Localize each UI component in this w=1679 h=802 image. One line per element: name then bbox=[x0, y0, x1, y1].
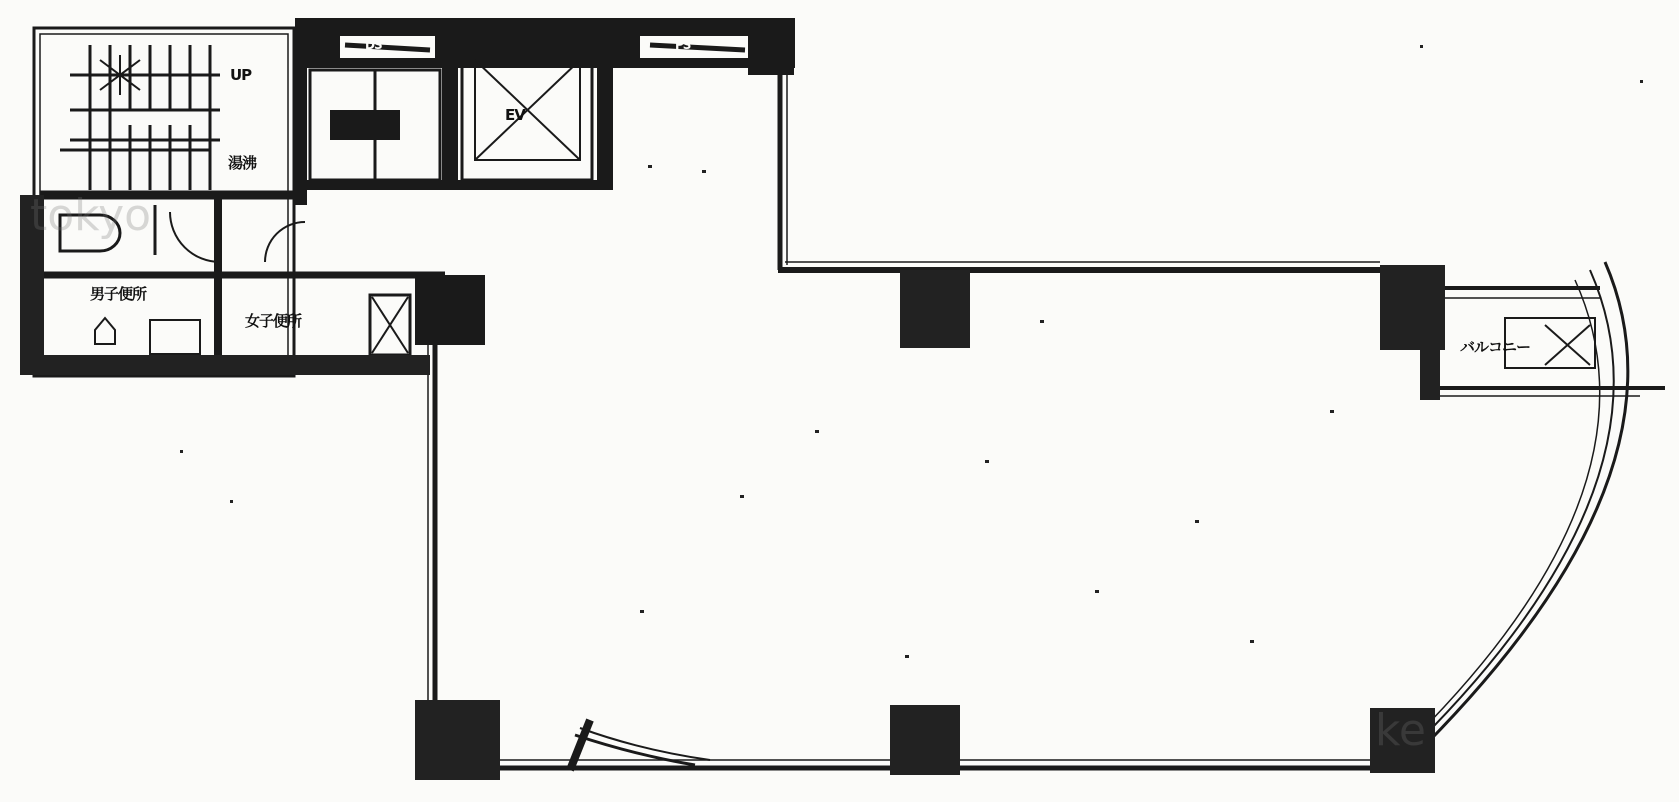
elevator-label: EV bbox=[505, 106, 525, 124]
balcony-label: バルコニー bbox=[1460, 336, 1530, 357]
pipe-shaft-label: PS bbox=[675, 38, 690, 52]
duct-shaft-label: DS bbox=[365, 38, 382, 52]
floor-plan-drawing bbox=[0, 0, 1679, 802]
stairs-up-label: UP bbox=[230, 66, 251, 84]
stairs bbox=[60, 45, 220, 190]
watermark-left: tokyo bbox=[30, 190, 151, 241]
womens-toilet-label: 女子便所 bbox=[245, 310, 301, 331]
structural-columns bbox=[20, 195, 1445, 780]
door-swing bbox=[170, 212, 220, 262]
kitchenette-label: 湯沸 bbox=[228, 152, 256, 173]
stair-start-mark bbox=[95, 55, 145, 95]
mens-toilet-label: 男子便所 bbox=[90, 283, 146, 304]
watermark-right: ke bbox=[1375, 705, 1426, 756]
